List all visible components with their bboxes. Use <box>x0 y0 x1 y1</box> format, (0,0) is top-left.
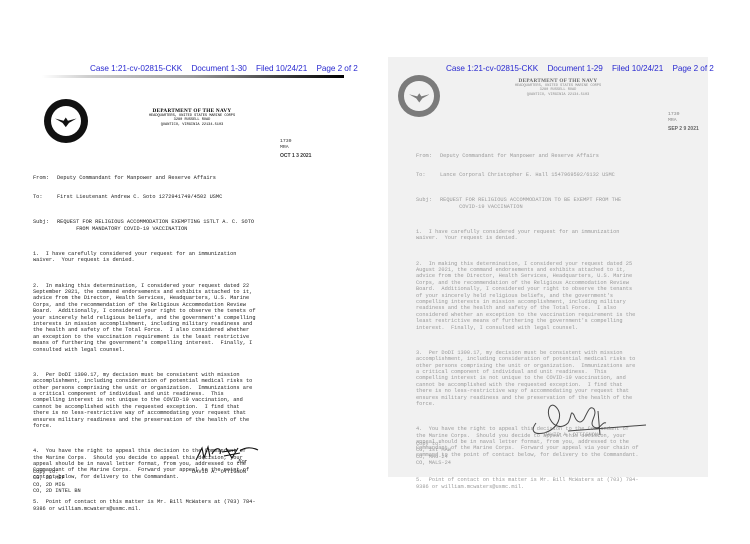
paragraph-3: 3. Per DoDI 1300.17, my decision must be… <box>416 350 639 408</box>
paragraph-2: 2. In making this determination, I consi… <box>416 261 639 331</box>
letter-date: OCT 1 3 2021 <box>280 153 311 159</box>
filed-date: Filed 10/24/21 <box>256 64 307 73</box>
page-number: Page 2 of 2 <box>672 64 713 73</box>
paragraph-1: 1. I have carefully considered your requ… <box>416 229 639 242</box>
letterhead-line: QUANTICO, VIRGINIA 22134-5103 <box>122 123 262 127</box>
copy-recipient: CG, 1st MAW <box>416 447 451 453</box>
paragraph-3: 3. Per DoDI 1300.17, my decision must be… <box>33 372 256 430</box>
reference-block: 1730 MRA SEP 2 9 2021 <box>668 112 699 132</box>
subject-value: REQUEST FOR RELIGIOUS ACCOMMODATION TO B… <box>416 197 621 210</box>
document-1-29-page: Case 1:21-cv-02815-CKK Document 1-29 Fil… <box>388 57 708 477</box>
document-1-30-page: Case 1:21-cv-02815-CKK Document 1-30 Fil… <box>22 56 372 536</box>
signatory-name: DAVID A. OTTIGNON <box>192 469 262 475</box>
copy-to-list: Copy to: CG, 2D MEF CO, 2D MIG CO, 2D IN… <box>33 469 81 495</box>
subject-value: REQUEST FOR RELIGIOUS ACCOMMODATION EXEM… <box>33 219 254 232</box>
dod-seal-icon <box>44 99 88 143</box>
letterhead: DEPARTMENT OF THE NAVY HEADQUARTERS, UNI… <box>122 108 262 127</box>
copy-to-list: Copy to: CG, 1st MAW CO, MAG-24 CO, MALS… <box>416 441 451 467</box>
from-label: From: <box>33 175 57 181</box>
copy-recipient: CO, MALS-24 <box>416 460 451 466</box>
case-number: Case 1:21-cv-02815-CKK <box>446 64 538 73</box>
letterhead-line: QUANTICO, VIRGINIA 22134-5103 <box>488 93 628 97</box>
paragraph-2: 2. In making this determination, I consi… <box>33 283 256 353</box>
page-number: Page 2 of 2 <box>316 64 357 73</box>
from-value: Deputy Commandant for Manpower and Reser… <box>440 153 599 159</box>
from-label: From: <box>416 153 440 159</box>
office-code: MRA <box>280 145 311 151</box>
eagle-icon <box>55 113 77 128</box>
filed-date: Filed 10/24/21 <box>612 64 663 73</box>
to-value: First Lieutenant Andrew C. Soto 12729417… <box>57 194 222 200</box>
signature-icon: For <box>192 442 262 464</box>
reference-block: 1730 MRA OCT 1 3 2021 <box>280 139 311 159</box>
signature-block: DAVID A. OTTIGNON <box>528 401 648 438</box>
to-label: To: <box>33 194 57 200</box>
paragraph-1: 1. I have carefully considered your requ… <box>33 251 256 264</box>
scan-edge-rule <box>42 75 344 78</box>
office-code: MRA <box>668 118 699 124</box>
paragraph-5: 5. Point of contact on this matter is Mr… <box>33 499 256 512</box>
letterhead: DEPARTMENT OF THE NAVY HEADQUARTERS, UNI… <box>488 78 628 97</box>
paragraph-5: 5. Point of contact on this matter is Mr… <box>416 477 639 490</box>
copy-recipient: CO, 2D INTEL BN <box>33 488 81 494</box>
signature-block: For DAVID A. OTTIGNON <box>192 442 262 475</box>
court-filing-stamp: Case 1:21-cv-02815-CKK Document 1-30 Fil… <box>90 64 365 73</box>
eagle-icon <box>409 89 430 104</box>
case-number: Case 1:21-cv-02815-CKK <box>90 64 182 73</box>
court-filing-stamp: Case 1:21-cv-02815-CKK Document 1-29 Fil… <box>446 64 721 73</box>
dod-seal-icon <box>398 75 440 117</box>
document-number: Document 1-29 <box>547 64 602 73</box>
letter-date: SEP 2 9 2021 <box>668 126 699 132</box>
from-value: Deputy Commandant for Manpower and Reser… <box>57 175 216 181</box>
document-number: Document 1-30 <box>191 64 246 73</box>
svg-text:For: For <box>237 459 248 464</box>
to-label: To: <box>416 172 440 178</box>
to-value: Lance Corporal Christopher E. Hall 15479… <box>440 172 615 178</box>
